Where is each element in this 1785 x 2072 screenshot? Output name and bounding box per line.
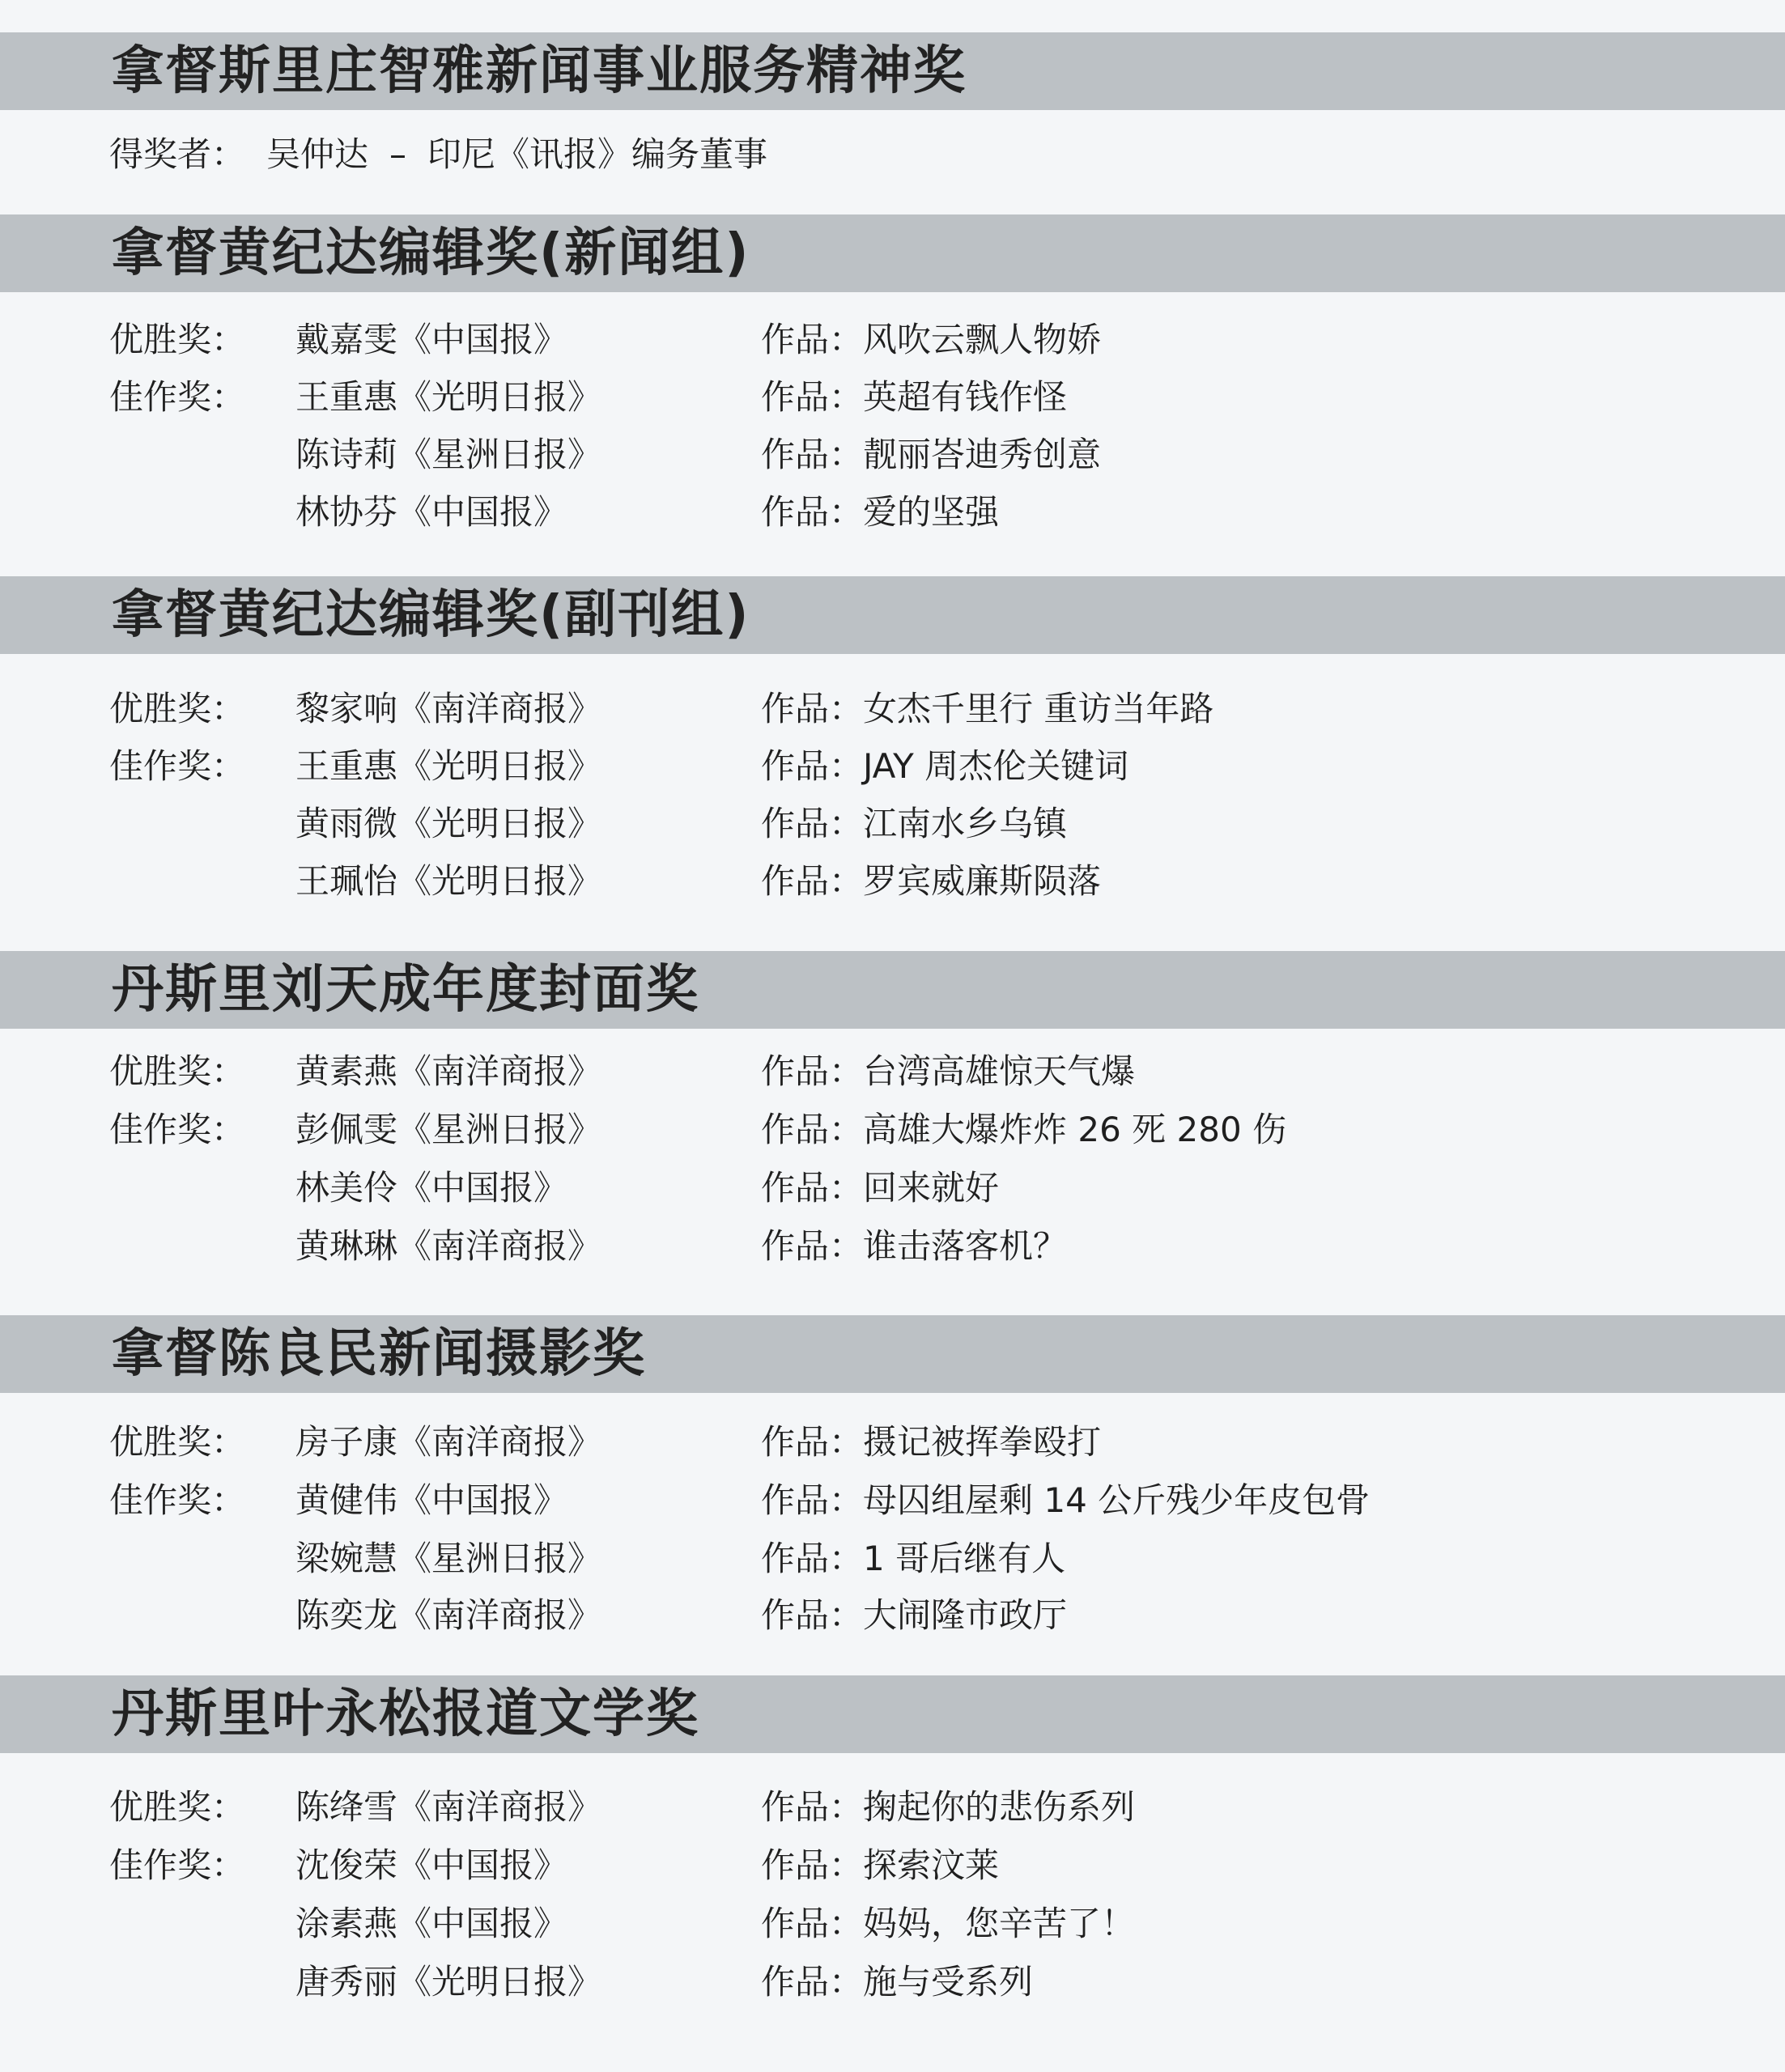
award-row: 佳作奖： 王重惠《光明日报》 作品：JAY 周杰伦关键词 xyxy=(0,744,1785,789)
winner-name: 吴仲达 xyxy=(266,134,368,174)
winner-name: 林协芬《中国报》 xyxy=(295,490,567,535)
awards-page: 拿督斯里庄智雅新闻事业服务精神奖 得奖者：吴仲达–印尼《讯报》编务董事 拿督黄纪… xyxy=(0,0,1785,2072)
work-title: 作品：女杰千里行 重访当年路 xyxy=(761,686,1213,732)
award-level: 优胜奖： xyxy=(109,317,245,363)
work-title: 作品：掬起你的悲伤系列 xyxy=(761,1785,1135,1830)
work-title: 作品：爱的坚强 xyxy=(761,490,999,535)
winner-name: 王珮怡《光明日报》 xyxy=(295,859,601,904)
work-title: 作品：JAY 周杰伦关键词 xyxy=(761,744,1128,789)
award-level: 佳作奖： xyxy=(109,1107,245,1153)
award-row: 黄琳琳《南洋商报》 作品：谁击落客机？ xyxy=(0,1224,1785,1269)
award-row: 梁婉慧《星洲日报》 作品：1 哥后继有人 xyxy=(0,1536,1785,1582)
award-level: 优胜奖： xyxy=(109,686,245,732)
award-row: 优胜奖： 房子康《南洋商报》 作品：摄记被挥拳殴打 xyxy=(0,1420,1785,1465)
work-title: 作品：台湾高雄惊天气爆 xyxy=(761,1049,1135,1094)
award-row: 佳作奖： 沈俊荣《中国报》 作品：探索汶莱 xyxy=(0,1843,1785,1888)
award-row: 优胜奖： 黎家响《南洋商报》 作品：女杰千里行 重访当年路 xyxy=(0,686,1785,732)
work-title: 作品：妈妈，您辛苦了！ xyxy=(761,1901,1135,1947)
award-row: 黄雨微《光明日报》 作品：江南水乡乌镇 xyxy=(0,801,1785,847)
work-title: 作品：回来就好 xyxy=(761,1165,999,1211)
winner-name: 林美伶《中国报》 xyxy=(295,1165,567,1211)
winner-name: 陈诗莉《星洲日报》 xyxy=(295,432,601,478)
award-row: 佳作奖： 王重惠《光明日报》 作品：英超有钱作怪 xyxy=(0,375,1785,420)
award-level: 优胜奖： xyxy=(109,1049,245,1094)
winner-name: 涂素燕《中国报》 xyxy=(295,1901,567,1947)
award-level: 优胜奖： xyxy=(109,1785,245,1830)
winner-name: 彭佩雯《星洲日报》 xyxy=(295,1107,601,1153)
award-row: 林协芬《中国报》 作品：爱的坚强 xyxy=(0,490,1785,535)
winner-label: 得奖者： xyxy=(109,134,245,174)
winner-name: 唐秀丽《光明日报》 xyxy=(295,1959,601,2005)
work-title: 作品：风吹云飘人物娇 xyxy=(761,317,1101,363)
winner-name: 黄健伟《中国报》 xyxy=(295,1478,567,1523)
section-banner-reportage-award: 丹斯里叶永松报道文学奖 xyxy=(0,1675,1785,1753)
winner-name: 梁婉慧《星洲日报》 xyxy=(295,1536,601,1582)
winner-name: 陈绛雪《南洋商报》 xyxy=(295,1785,601,1830)
winner-name: 沈俊荣《中国报》 xyxy=(295,1843,567,1888)
winner-name: 黄素燕《南洋商报》 xyxy=(295,1049,601,1094)
award-row: 涂素燕《中国报》 作品：妈妈，您辛苦了！ xyxy=(0,1901,1785,1947)
winner-name: 戴嘉雯《中国报》 xyxy=(295,317,567,363)
section-title: 丹斯里刘天成年度封面奖 xyxy=(112,964,699,1016)
winner-name: 黄琳琳《南洋商报》 xyxy=(295,1224,601,1269)
section-title: 拿督斯里庄智雅新闻事业服务精神奖 xyxy=(112,45,967,97)
section-title: 拿督黄纪达编辑奖(新闻组) xyxy=(112,227,750,279)
winner-name: 黄雨微《光明日报》 xyxy=(295,801,601,847)
winner-name: 陈奕龙《南洋商报》 xyxy=(295,1593,601,1638)
award-level: 佳作奖： xyxy=(109,375,245,420)
award-row: 王珮怡《光明日报》 作品：罗宾威廉斯陨落 xyxy=(0,859,1785,904)
award-row: 优胜奖： 陈绛雪《南洋商报》 作品：掬起你的悲伤系列 xyxy=(0,1785,1785,1830)
separator: – xyxy=(389,134,406,174)
winner-name: 房子康《南洋商报》 xyxy=(295,1420,601,1465)
award-row: 林美伶《中国报》 作品：回来就好 xyxy=(0,1165,1785,1211)
work-title: 作品：1 哥后继有人 xyxy=(761,1536,1065,1582)
award-level: 佳作奖： xyxy=(109,1843,245,1888)
winner-name: 王重惠《光明日报》 xyxy=(295,744,601,789)
award-level: 佳作奖： xyxy=(109,744,245,789)
winner-name: 王重惠《光明日报》 xyxy=(295,375,601,420)
award-row: 优胜奖： 戴嘉雯《中国报》 作品：风吹云飘人物娇 xyxy=(0,317,1785,363)
award-row: 陈奕龙《南洋商报》 作品：大闹隆市政厅 xyxy=(0,1593,1785,1638)
section-banner-editing-news: 拿督黄纪达编辑奖(新闻组) xyxy=(0,214,1785,292)
award-row: 唐秀丽《光明日报》 作品：施与受系列 xyxy=(0,1959,1785,2005)
work-title: 作品：探索汶莱 xyxy=(761,1843,999,1888)
work-title: 作品：靓丽峇迪秀创意 xyxy=(761,432,1101,478)
award-row: 佳作奖： 黄健伟《中国报》 作品：母囚组屋剩 14 公斤残少年皮包骨 xyxy=(0,1478,1785,1523)
section-banner-editing-supplement: 拿督黄纪达编辑奖(副刊组) xyxy=(0,576,1785,654)
award-row: 陈诗莉《星洲日报》 作品：靓丽峇迪秀创意 xyxy=(0,432,1785,478)
work-title: 作品：江南水乡乌镇 xyxy=(761,801,1067,847)
work-title: 作品：英超有钱作怪 xyxy=(761,375,1067,420)
section-banner-photography-award: 拿督陈良民新闻摄影奖 xyxy=(0,1315,1785,1393)
winner-name: 黎家响《南洋商报》 xyxy=(295,686,601,732)
section-banner-cover-award: 丹斯里刘天成年度封面奖 xyxy=(0,951,1785,1029)
work-title: 作品：大闹隆市政厅 xyxy=(761,1593,1067,1638)
work-title: 作品：施与受系列 xyxy=(761,1959,1033,2005)
award-level: 优胜奖： xyxy=(109,1420,245,1465)
work-title: 作品：罗宾威廉斯陨落 xyxy=(761,859,1101,904)
winner-line: 得奖者：吴仲达–印尼《讯报》编务董事 xyxy=(109,138,788,172)
section-title: 拿督陈良民新闻摄影奖 xyxy=(112,1328,646,1380)
work-title: 作品：谁击落客机？ xyxy=(761,1224,1067,1269)
section-title: 拿督黄纪达编辑奖(副刊组) xyxy=(112,589,750,641)
award-row: 佳作奖： 彭佩雯《星洲日报》 作品：高雄大爆炸炸 26 死 280 伤 xyxy=(0,1107,1785,1153)
work-title: 作品：高雄大爆炸炸 26 死 280 伤 xyxy=(761,1107,1286,1153)
section-banner-service-award: 拿督斯里庄智雅新闻事业服务精神奖 xyxy=(0,32,1785,110)
award-level: 佳作奖： xyxy=(109,1478,245,1523)
work-title: 作品：摄记被挥拳殴打 xyxy=(761,1420,1101,1465)
winner-description: 印尼《讯报》编务董事 xyxy=(427,134,767,174)
award-row: 优胜奖： 黄素燕《南洋商报》 作品：台湾高雄惊天气爆 xyxy=(0,1049,1785,1094)
work-title: 作品：母囚组屋剩 14 公斤残少年皮包骨 xyxy=(761,1478,1370,1523)
section-title: 丹斯里叶永松报道文学奖 xyxy=(112,1688,699,1740)
